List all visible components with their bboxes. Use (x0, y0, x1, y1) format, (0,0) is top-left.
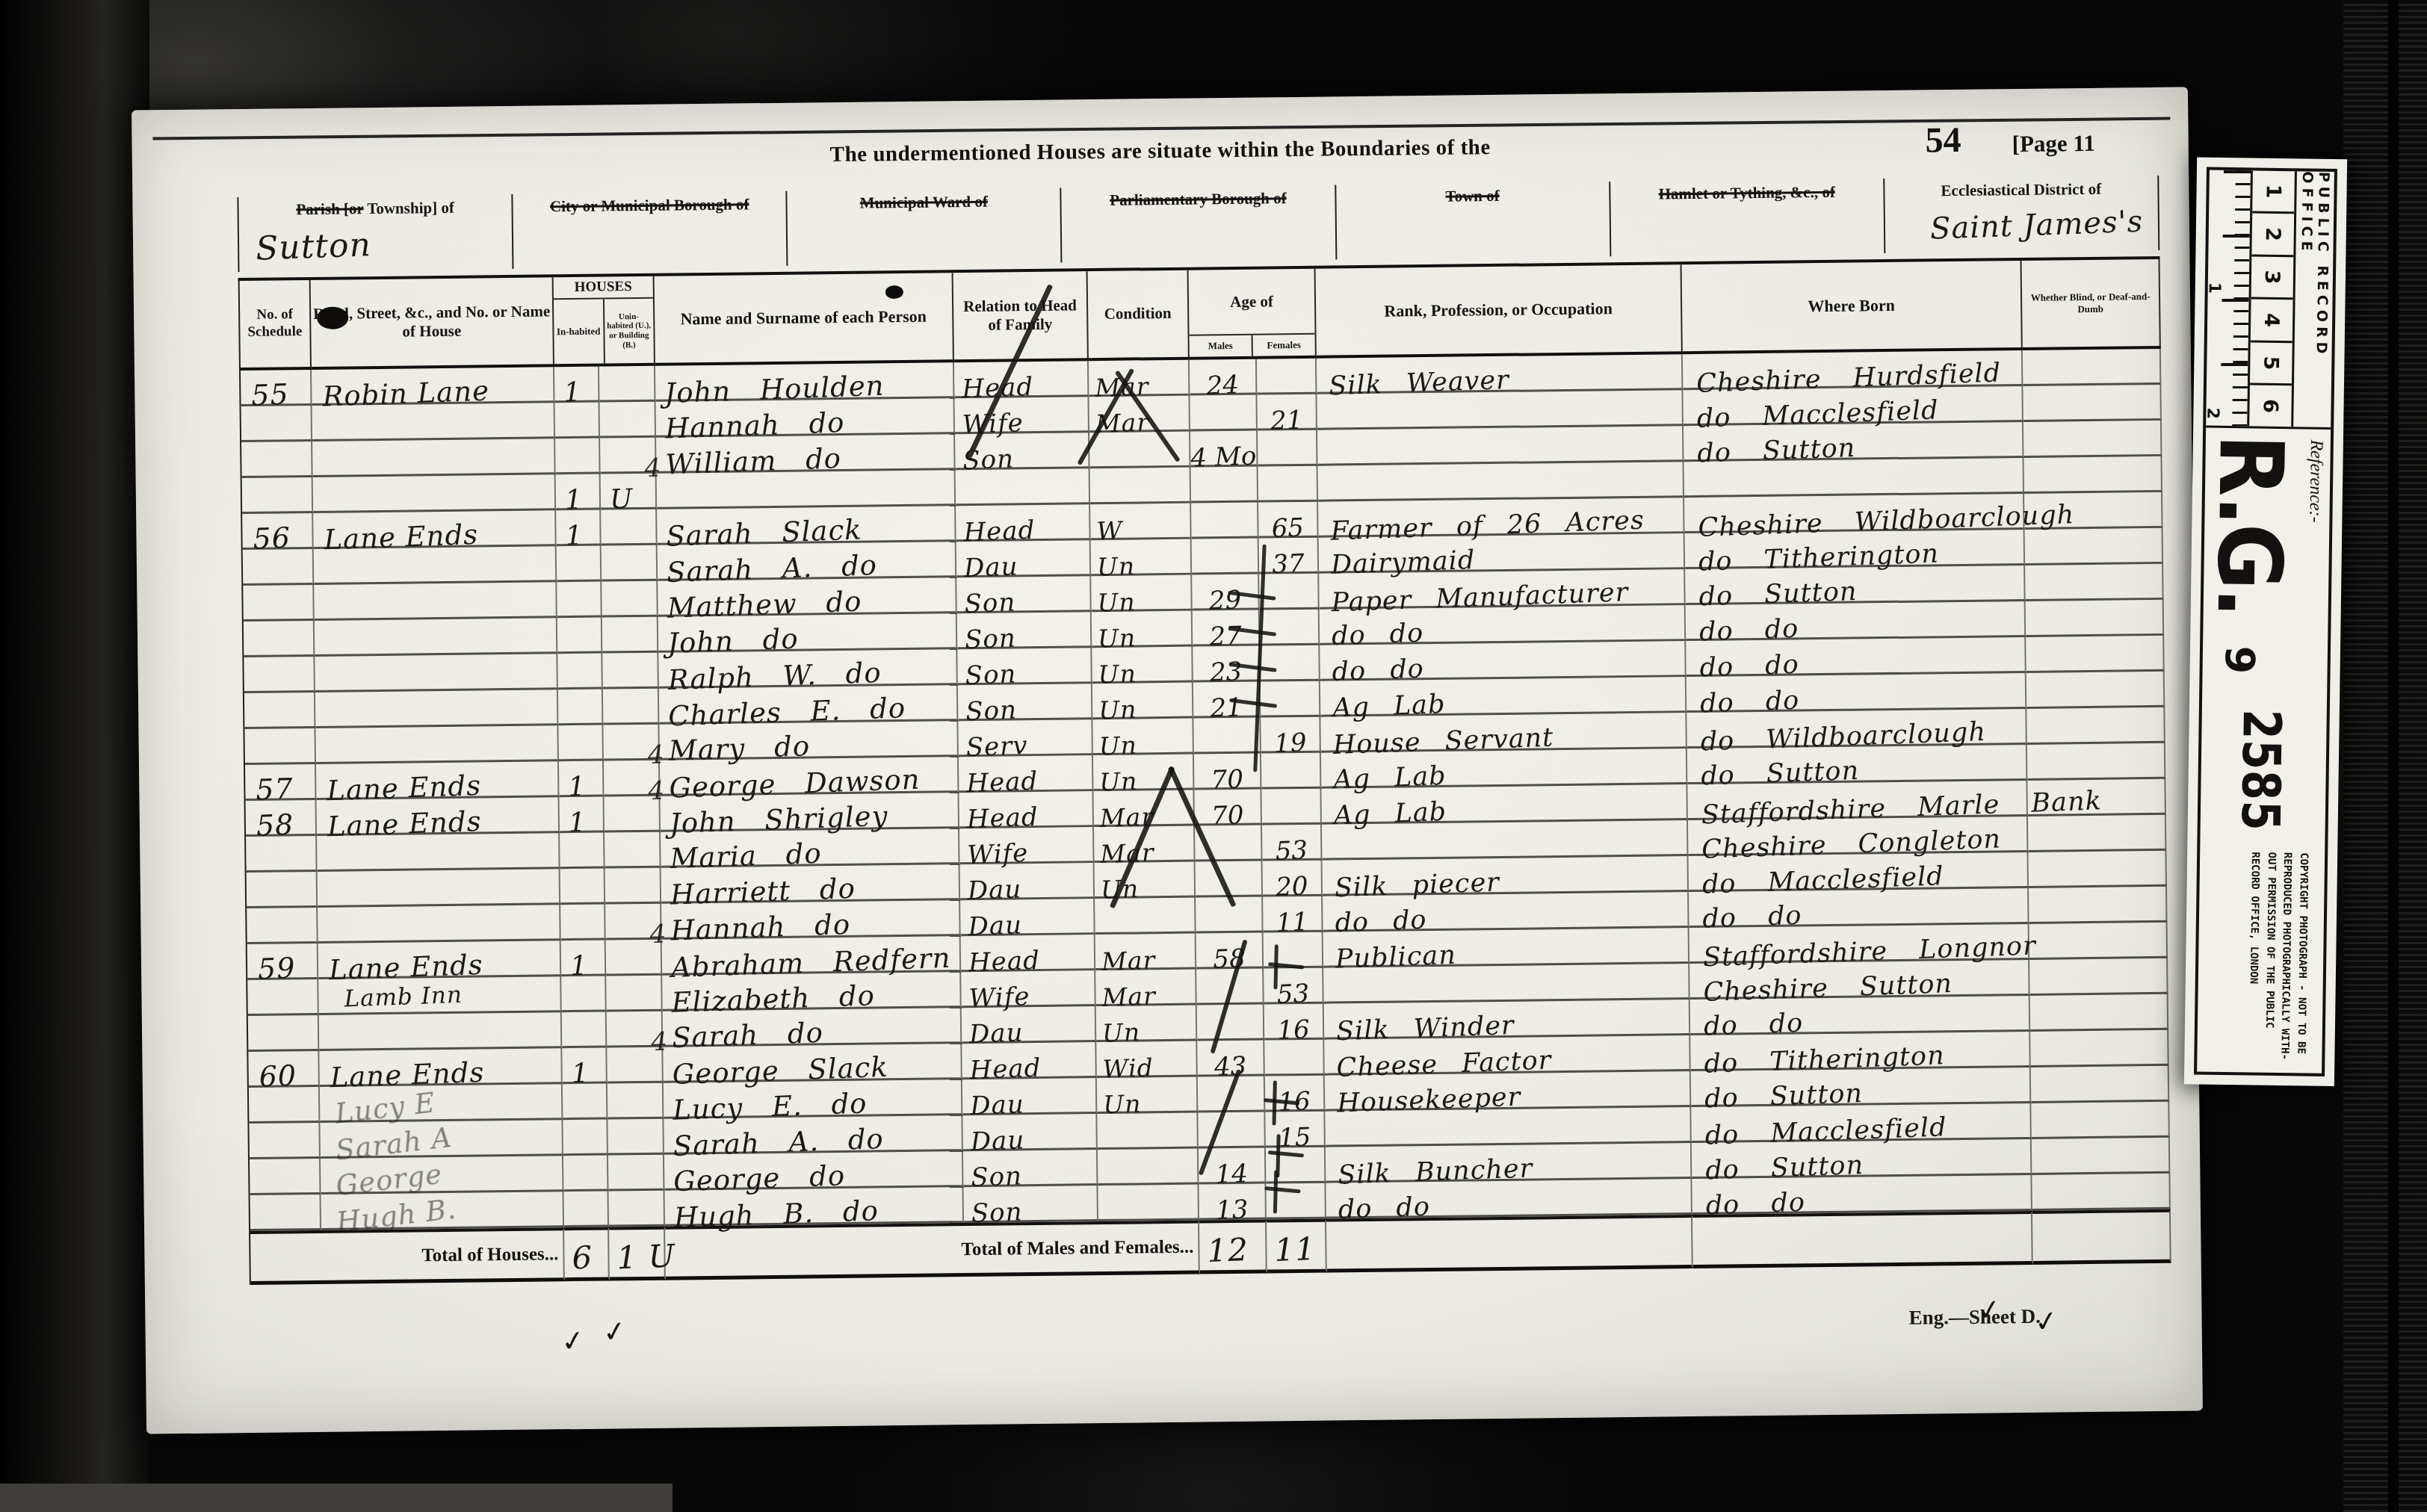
uninhabited-cell (602, 545, 658, 582)
district-header-row: Parish [or Township] of Sutton City or M… (237, 176, 2159, 272)
handwritten-entry: 56 (253, 521, 291, 556)
handwritten-entry: Un (1098, 731, 1137, 761)
handwritten-entry: Dau (970, 1125, 1025, 1157)
age-male-cell: 24 (1190, 359, 1258, 396)
handwritten-entry: do do (1331, 619, 1423, 651)
condition-cell: Mar (1089, 360, 1190, 397)
age-female-cell (1260, 645, 1320, 682)
handwritten-entry: Mar (1101, 945, 1156, 976)
census-page: The undermentioned Houses are situate wi… (132, 87, 2203, 1434)
handwritten-entry: 21 (1257, 405, 1316, 437)
header-name: Name and Surname of each Person (655, 273, 954, 366)
handwritten-entry: do do (1335, 905, 1427, 938)
field-parish: Parish [or Township] of Sutton (238, 194, 513, 272)
uninhabited-cell (602, 581, 658, 618)
handwritten-entry: Dau (968, 910, 1023, 942)
road-cell: Robin Lane (312, 367, 555, 406)
occupation-cell (1317, 426, 1684, 466)
kept-text: Township] of (367, 199, 454, 217)
handwritten-entry: Harriett do (670, 873, 856, 911)
uninhabited-cell (607, 1083, 664, 1120)
handwritten-entry: Mary do (668, 730, 811, 767)
folio-number: 54 (1925, 120, 1961, 161)
piece-number: 2585 (2230, 710, 2292, 832)
tally-mark: 4 (648, 775, 666, 806)
handwritten-entry: 57 (256, 772, 294, 807)
schedule-cell (244, 621, 315, 657)
handwritten-entry: Dairymaid (1330, 545, 1476, 580)
total-houses-label: Total of Houses... (250, 1227, 565, 1285)
handwritten-entry: 37 (1258, 548, 1317, 580)
handwritten-entry: Un (1103, 1089, 1142, 1120)
header-inhabited: In-habited (554, 300, 603, 365)
tally-mark: 4 (644, 453, 662, 483)
handwritten-entry: 4 Mo (1190, 441, 1257, 474)
road-cell (315, 690, 559, 728)
check-mark: ✓ (600, 1313, 628, 1349)
age-male-cell (1191, 503, 1259, 539)
uninhabited-cell (599, 366, 656, 403)
handwritten-entry: 70 (1194, 764, 1261, 796)
handwritten-entry: do Sutton (1705, 1150, 1864, 1186)
field-municipal-ward: Municipal Ward of (788, 188, 1063, 266)
handwritten-entry: 53 (1262, 835, 1321, 867)
blind-cell (2028, 815, 2167, 852)
handwritten-entry: Dau (970, 1089, 1025, 1121)
inhabited-cell (558, 690, 604, 726)
road-cell (315, 654, 558, 693)
handwritten-entry: William do (665, 442, 842, 480)
handwritten-entry: Un (1098, 659, 1137, 690)
schedule-cell (244, 693, 316, 729)
age-male-cell: 4 Mo (1190, 431, 1258, 468)
handwritten-entry: Wife (967, 838, 1029, 870)
road-cell (313, 474, 557, 513)
ruler-number: 3 (2251, 254, 2294, 297)
road-cell (315, 618, 558, 657)
road-cell: Lane Ends (316, 761, 560, 800)
handwritten-entry: 1 (569, 951, 588, 982)
inhabited-cell (563, 1156, 609, 1192)
inhabited-cell: 1 (560, 797, 605, 834)
uninhabited-cell (605, 868, 662, 905)
handwritten-entry: Head (966, 802, 1039, 834)
tally-mark: 4 (649, 919, 667, 949)
handwritten-entry: 29 (1192, 585, 1258, 617)
blind-cell (2026, 672, 2165, 709)
handwritten-entry: 20 (1262, 871, 1321, 903)
handwritten-entry: do do (1702, 901, 1802, 935)
road-cell (318, 869, 561, 908)
schedule-cell (244, 657, 315, 693)
schedule-cell (247, 872, 318, 908)
road-cell (318, 905, 561, 944)
handwritten-entry: John do (667, 622, 799, 659)
page-number: [Page 11 (2012, 130, 2095, 158)
handwritten-entry: Head (968, 946, 1040, 978)
reference-label: Reference:- (2304, 439, 2326, 522)
ecclesiastical-district-value: Saint James's (1929, 205, 2144, 247)
blind-cell (2026, 707, 2165, 745)
blind-cell (2031, 1066, 2170, 1103)
handwritten-entry: Ag Lab (1332, 690, 1447, 723)
schedule-cell: 56 (242, 513, 314, 550)
header-houses-group: HOUSES In-habited Unin-habited (U.), or … (554, 276, 655, 368)
schedule-cell: 55 (241, 370, 312, 406)
blind-cell (2029, 958, 2168, 996)
road-cell (312, 439, 556, 477)
blind-cell (2026, 636, 2165, 673)
handwritten-entry: Wid (1102, 1053, 1154, 1083)
handwritten-entry: Dau (968, 1017, 1024, 1050)
handwritten-entry: do do (1332, 654, 1424, 687)
copyright-notice: COPYRIGHT PHOTOGRAPH - NOT TO BE REPRODU… (2197, 849, 2325, 1073)
blind-cell (2032, 1138, 2171, 1175)
handwritten-entry: Lane Ends (327, 805, 482, 843)
handwritten-total: 12 (1207, 1231, 1249, 1269)
blind-cell (2026, 600, 2165, 637)
age-female-cell (1257, 359, 1317, 395)
handwritten-entry: Un (1098, 695, 1137, 725)
ruler-number: 5 (2250, 340, 2292, 383)
blind-cell (2025, 528, 2164, 566)
schedule-cell (250, 1195, 322, 1231)
inhabited-cell (560, 869, 606, 905)
handwritten-entry: do do (1338, 1192, 1430, 1225)
age-female-cell: 53 (1264, 968, 1324, 1005)
condition-cell: Mar (1095, 934, 1197, 971)
total-blind-cell (2032, 1209, 2171, 1265)
pro-series-section: Reference:- R.G. (2203, 427, 2331, 644)
handwritten-entry: 1 (568, 808, 587, 839)
handwritten-entry: 23 (1193, 657, 1259, 689)
handwritten-entry: 15 (1265, 1122, 1324, 1154)
handwritten-entry: Son (965, 659, 1017, 690)
occupation-cell: Silk Weaver (1317, 354, 1684, 394)
handwritten-entry: Hannah do (664, 406, 845, 445)
age-female-cell (1258, 466, 1319, 503)
struck-text: Parliamentary Borough of (1110, 189, 1287, 209)
handwritten-entry: Sarah do (671, 1017, 823, 1054)
schedule-cell (244, 728, 316, 765)
road-cell (319, 1012, 563, 1051)
age-female-cell: 21 (1257, 394, 1317, 431)
struck-text: Parish [or (296, 199, 363, 218)
total-males: 12 (1199, 1220, 1267, 1274)
inhabited-cell: 1 (559, 761, 605, 798)
inhabited-cell (558, 725, 604, 762)
occupation-cell: Silk piecer (1323, 856, 1689, 896)
handwritten-entry: 65 (1258, 512, 1317, 545)
age-male-cell (1198, 1112, 1266, 1149)
field-town: Town of (1336, 182, 1611, 259)
header-condition: Condition (1088, 270, 1190, 362)
header-males: Males (1190, 335, 1252, 357)
handwritten-entry: Lane Ends (330, 1056, 485, 1094)
handwritten-entry: 1 (571, 1059, 590, 1090)
inhabited-cell (555, 439, 601, 475)
pro-piece-section: 2585 (2201, 709, 2327, 829)
total-females: 11 (1267, 1219, 1327, 1274)
handwritten-entry: Head (963, 515, 1036, 548)
handwritten-total: 6 (572, 1239, 593, 1276)
handwritten-entry: 24 (1190, 370, 1256, 402)
field-city-borough: City or Municipal Borough of (513, 191, 788, 269)
handwritten-entry: do do (1699, 650, 1799, 684)
handwritten-entry: 70 (1194, 800, 1261, 832)
handwritten-entry: Publican (1335, 941, 1456, 975)
handwritten-entry: 1 (564, 485, 583, 516)
schedule-cell (241, 441, 313, 478)
handwritten-entry: 60 (259, 1059, 297, 1094)
blind-cell (2023, 349, 2162, 386)
uninhabited-cell (602, 653, 659, 690)
uninhabited-cell (608, 1155, 665, 1192)
header-age-group: Age of Males Females (1189, 269, 1317, 360)
inhabited-cell (557, 618, 603, 654)
handwritten-entry: W (1096, 515, 1123, 545)
blind-cell (2030, 1030, 2169, 1068)
handwritten-entry: 1 (565, 521, 584, 552)
inhabited-cell (555, 403, 601, 439)
road-cell (314, 582, 557, 621)
handwritten-entry: Dau (963, 551, 1018, 583)
total-uninhabited: 1 U (609, 1227, 666, 1281)
handwritten-entry: do do (1698, 614, 1799, 648)
blind-cell (2030, 994, 2169, 1032)
handwritten-entry: Un (1099, 766, 1138, 797)
uninhabited-cell (608, 1191, 665, 1227)
handwritten-entry: 16 (1264, 1014, 1323, 1047)
age-female-cell: 53 (1262, 825, 1323, 861)
handwritten-entry: do Sutton (1704, 1079, 1864, 1115)
road-cell: Lane Ends (313, 510, 557, 549)
condition-cell (1098, 1185, 1199, 1222)
header-uninhabited: Unin-habited (U.), or Building (B.) (602, 299, 653, 364)
check-mark: ✓ (2032, 1304, 2060, 1339)
film-bottom-strip (0, 1484, 673, 1512)
age-male-cell: 43 (1197, 1041, 1265, 1077)
age-male-cell (1192, 539, 1260, 575)
schedule-cell (250, 1159, 321, 1195)
header-age: Age of (1189, 269, 1315, 336)
name-cell: Sarah Slack (657, 506, 956, 545)
handwritten-entry: George do (673, 1159, 846, 1197)
handwritten-entry: Mar (1101, 981, 1157, 1012)
check-mark: ✓ (559, 1323, 587, 1359)
handwritten-entry: 55 (251, 378, 290, 412)
age-female-cell (1261, 681, 1321, 718)
handwritten-entry: do Sutton (1701, 756, 1860, 792)
handwritten-entry: Son (964, 623, 1016, 654)
blind-cell (2029, 923, 2168, 960)
header-blind: Whether Blind, or Deaf-and-Dumb (2021, 259, 2160, 350)
inhabited-cell (560, 833, 605, 870)
inhabited-cell: 1 (561, 941, 607, 977)
handwritten-entry: Head (969, 1053, 1042, 1085)
inhabited-cell (557, 582, 602, 619)
blind-cell (2028, 851, 2167, 888)
blind-cell (2031, 1102, 2170, 1139)
inhabited-cell: 1 (556, 510, 602, 547)
inhabited-cell (563, 1192, 609, 1228)
handwritten-entry: Silk piecer (1334, 867, 1500, 903)
handwritten-entry: 13 (1199, 1194, 1265, 1226)
inhabited-cell (557, 654, 603, 690)
handwritten-entry: Un (1097, 623, 1136, 654)
relation-cell: Head (954, 361, 1089, 398)
header-occupation: Rank, Profession, or Occupation (1316, 264, 1683, 359)
microfilm-scan: The undermentioned Houses are situate wi… (0, 0, 2427, 1512)
series-code: R.G. (2198, 433, 2303, 616)
handwritten-entry: 1 (563, 377, 582, 409)
uninhabited-cell (607, 1119, 664, 1156)
header-schedule: No. of Schedule (240, 280, 312, 371)
handwritten-entry: Lane Ends (327, 769, 482, 807)
handwritten-entry: 11 (1263, 907, 1322, 939)
kept-text: Ecclesiastical District of (1941, 180, 2101, 199)
age-female-cell: 19 (1261, 717, 1321, 754)
struck-text: Municipal Ward of (860, 193, 988, 212)
schedule-cell (249, 1123, 321, 1159)
road-cell: Lane Ends (319, 1048, 563, 1087)
uninhabited-cell (602, 617, 659, 654)
ruler-number: 2 (2251, 211, 2294, 255)
sheet-footer: Eng.—Sheet D. (1908, 1305, 2041, 1330)
field-parish-label: Parish [or Township] of (244, 198, 505, 220)
pro-ruler-ticks: 1 2 (2206, 170, 2251, 427)
header-born: Where Born (1682, 261, 2023, 354)
tally-mark: 4 (647, 740, 665, 770)
handwritten-entry: 53 (1264, 979, 1323, 1011)
census-table: No. of Schedule Road, Street, &c., and N… (238, 256, 2171, 1285)
field-parliamentary-borough: Parliamentary Borough of (1062, 185, 1337, 262)
handwritten-entry: Lane Ends (328, 949, 483, 986)
series-number: 9 (2216, 645, 2264, 674)
schedule-cell: 57 (245, 764, 317, 801)
copyright-line: RECORD OFFICE, LONDON (2243, 852, 2263, 1073)
pro-office-title: PUBLIC RECORD OFFICE (2293, 171, 2334, 427)
schedule-cell (242, 477, 314, 514)
handwritten-entry: Robin Lane (322, 375, 490, 413)
handwritten-entry: 43 (1197, 1051, 1264, 1083)
inhabited-cell (563, 1084, 608, 1121)
total-inhabited: 6 (564, 1227, 610, 1282)
pro-ruler-boxes: 1 2 3 4 5 6 (2247, 170, 2297, 427)
blind-cell (2027, 743, 2166, 781)
handwritten-total: 11 (1274, 1230, 1317, 1268)
header-road: Road, Street, &c., and No. or Name of Ho… (311, 277, 554, 370)
age-male-cell (1197, 1005, 1265, 1041)
condition-cell: W (1090, 504, 1192, 541)
blind-cell (2023, 456, 2162, 494)
uninhabited-cell (600, 402, 657, 439)
handwritten-entry: 58 (256, 808, 294, 843)
struck-text: Town of (1445, 187, 1499, 205)
inhabited-cell (560, 905, 606, 941)
copyright-line: REPRODUCED PHOTOGRAPHICALLY WITH- (2276, 852, 2295, 1073)
handwritten-entry: Ag Lab (1333, 761, 1447, 795)
age-female-cell (1261, 789, 1322, 825)
inhabited-cell (563, 1120, 608, 1156)
uninhabited-cell (605, 832, 661, 869)
handwritten-entry: Un (1101, 1017, 1140, 1048)
struck-text: City or Municipal Borough of (550, 195, 749, 215)
label-gap (2202, 687, 2327, 710)
schedule-cell (243, 585, 315, 622)
blind-cell (2029, 887, 2168, 924)
uninhabited-cell (603, 689, 660, 725)
handwritten-entry: 19 (1261, 728, 1320, 760)
handwritten-entry: Son (971, 1197, 1023, 1228)
handwritten-entry: Dau (967, 874, 1022, 906)
check-mark: ✓ (1975, 1292, 2003, 1327)
field-hamlet: Hamlet or Tything, &c., of (1610, 179, 1885, 256)
handwritten-entry: Serv (965, 731, 1028, 763)
occupation-cell (1318, 462, 1685, 502)
film-left-edge (0, 0, 149, 1512)
inhabited-cell (561, 976, 607, 1013)
handwritten-entry: Un (1096, 551, 1135, 582)
born-cell: Cheshire Wildboarclough (1684, 494, 2025, 533)
inch-number: 2 (2203, 408, 2222, 420)
handwritten-entry: Ag Lab (1333, 797, 1447, 831)
handwritten-entry: Lane Ends (324, 518, 479, 556)
struck-text: Hamlet or Tything, &c., of (1658, 183, 1834, 203)
occupation-cell: Silk Winder (1324, 1000, 1691, 1040)
road-cell (315, 725, 559, 764)
blind-cell (2023, 421, 2162, 458)
handwritten-entry: do Sutton (1698, 577, 1858, 613)
handwritten-entry: Silk Winder (1335, 1011, 1515, 1047)
handwritten-entry: 58 (1196, 944, 1262, 976)
header-houses: HOUSES (554, 276, 653, 300)
ruler-number: 4 (2251, 297, 2293, 341)
handwritten-entry: do do (1699, 686, 1799, 719)
age-male-cell: 58 (1196, 933, 1264, 970)
handwritten-entry: Un (1097, 587, 1136, 618)
name-cell: John Houlden (655, 362, 955, 402)
inhabited-cell: 1 (556, 474, 602, 511)
handwritten-entry: U (609, 484, 634, 515)
inch-number: 1 (2205, 282, 2224, 294)
uninhabited-cell (601, 509, 658, 546)
age-male-cell: 70 (1194, 754, 1262, 790)
schedule-cell: 60 (248, 1051, 320, 1088)
handwritten-entry: Son (965, 695, 1018, 726)
handwritten-entry: 59 (257, 952, 296, 986)
handwritten-entry: Hannah do (670, 908, 851, 947)
blind-cell (2025, 564, 2164, 601)
pro-ruler-section: PUBLIC RECORD OFFICE 1 2 3 4 5 6 1 2 (2206, 170, 2334, 430)
film-right-edge (2343, 0, 2427, 1512)
blind-cell (2023, 385, 2162, 422)
parish-value: Sutton (255, 226, 371, 268)
occupation-cell: Farmer of 26 Acres (1318, 498, 1685, 538)
handwritten-entry: do do (1705, 1188, 1805, 1221)
handwritten-entry: 14 (1199, 1158, 1265, 1190)
handwritten-entry: Head (966, 766, 1039, 799)
relation-cell: Head (956, 504, 1091, 542)
road-cell: Lane EndsLamb Inn (318, 941, 562, 979)
age-male-cell: 29 (1192, 574, 1260, 611)
ruler-number: 1 (2252, 170, 2295, 211)
schedule-cell: 59 (247, 944, 319, 980)
handwritten-entry: do do (1703, 1008, 1803, 1042)
schedule-cell (247, 908, 318, 944)
film-right-slit (2388, 0, 2399, 1512)
handwritten-entry: 27 (1192, 621, 1258, 653)
